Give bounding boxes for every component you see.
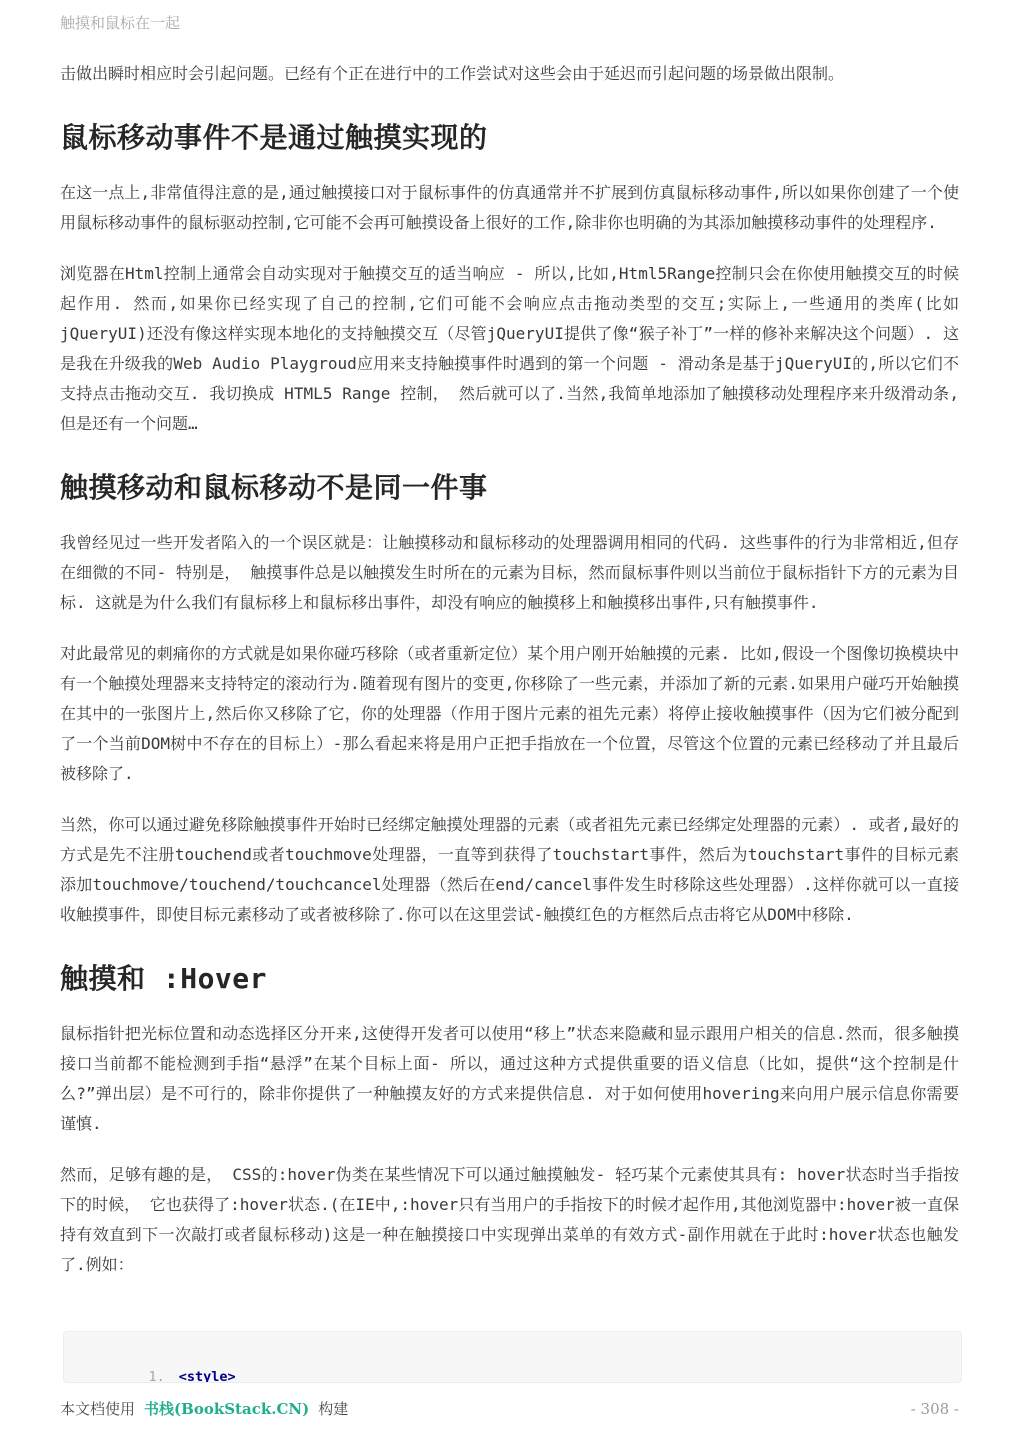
footer-build-note: 本文档使用 书栈(BookStack.CN) 构建 (60, 1398, 348, 1419)
section-title-mousemove-not-touch: 鼠标移动事件不是通过触摸实现的 (60, 119, 959, 157)
code-line: 1.<style> (80, 1347, 945, 1383)
section-title-touchmove-vs-mousemove: 触摸移动和鼠标移动不是同一件事 (60, 469, 959, 507)
paragraph: 然而，足够有趣的是， CSS的:hover伪类在某些情况下可以通过触摸触发- 轻… (60, 1160, 959, 1280)
paragraph: 当然，你可以通过避免移除触摸事件开始时已经绑定触摸处理器的元素（或者祖先元素已经… (60, 810, 959, 930)
code-block: 1.<style> (63, 1331, 962, 1383)
page-footer: 本文档使用 书栈(BookStack.CN) 构建 - 308 - (60, 1398, 959, 1419)
footer-suffix: 构建 (318, 1400, 348, 1418)
paragraph: 对此最常见的刺痛你的方式就是如果你碰巧移除（或者重新定位）某个用户刚开始触摸的元… (60, 639, 959, 789)
footer-prefix: 本文档使用 (60, 1400, 135, 1418)
code-text: <style> (179, 1369, 236, 1383)
section-title-touch-and-hover: 触摸和 :Hover (60, 960, 959, 998)
intro-paragraph: 击做出瞬时相应时会引起问题。已经有个正在进行中的工作尝试对这些会由于延迟而引起问… (60, 59, 959, 89)
paragraph: 浏览器在Html控制上通常会自动实现对于触摸交互的适当响应 - 所以,比如,Ht… (60, 259, 959, 439)
bookstack-brand-link[interactable]: 书栈(BookStack.CN) (144, 1400, 309, 1418)
page-number: - 308 - (911, 1400, 959, 1418)
paragraph: 在这一点上,非常值得注意的是,通过触摸接口对于鼠标事件的仿真通常并不扩展到仿真鼠… (60, 178, 959, 238)
paragraph: 鼠标指针把光标位置和动态选择区分开来,这使得开发者可以使用“移上”状态来隐藏和显… (60, 1019, 959, 1139)
code-line-number: 1. (129, 1367, 165, 1383)
paragraph: 我曾经见过一些开发者陷入的一个误区就是：让触摸移动和鼠标移动的处理器调用相同的代… (60, 528, 959, 618)
running-header: 触摸和鼠标在一起 (60, 14, 959, 32)
document-page: 触摸和鼠标在一起 击做出瞬时相应时会引起问题。已经有个正在进行中的工作尝试对这些… (0, 0, 1019, 1440)
